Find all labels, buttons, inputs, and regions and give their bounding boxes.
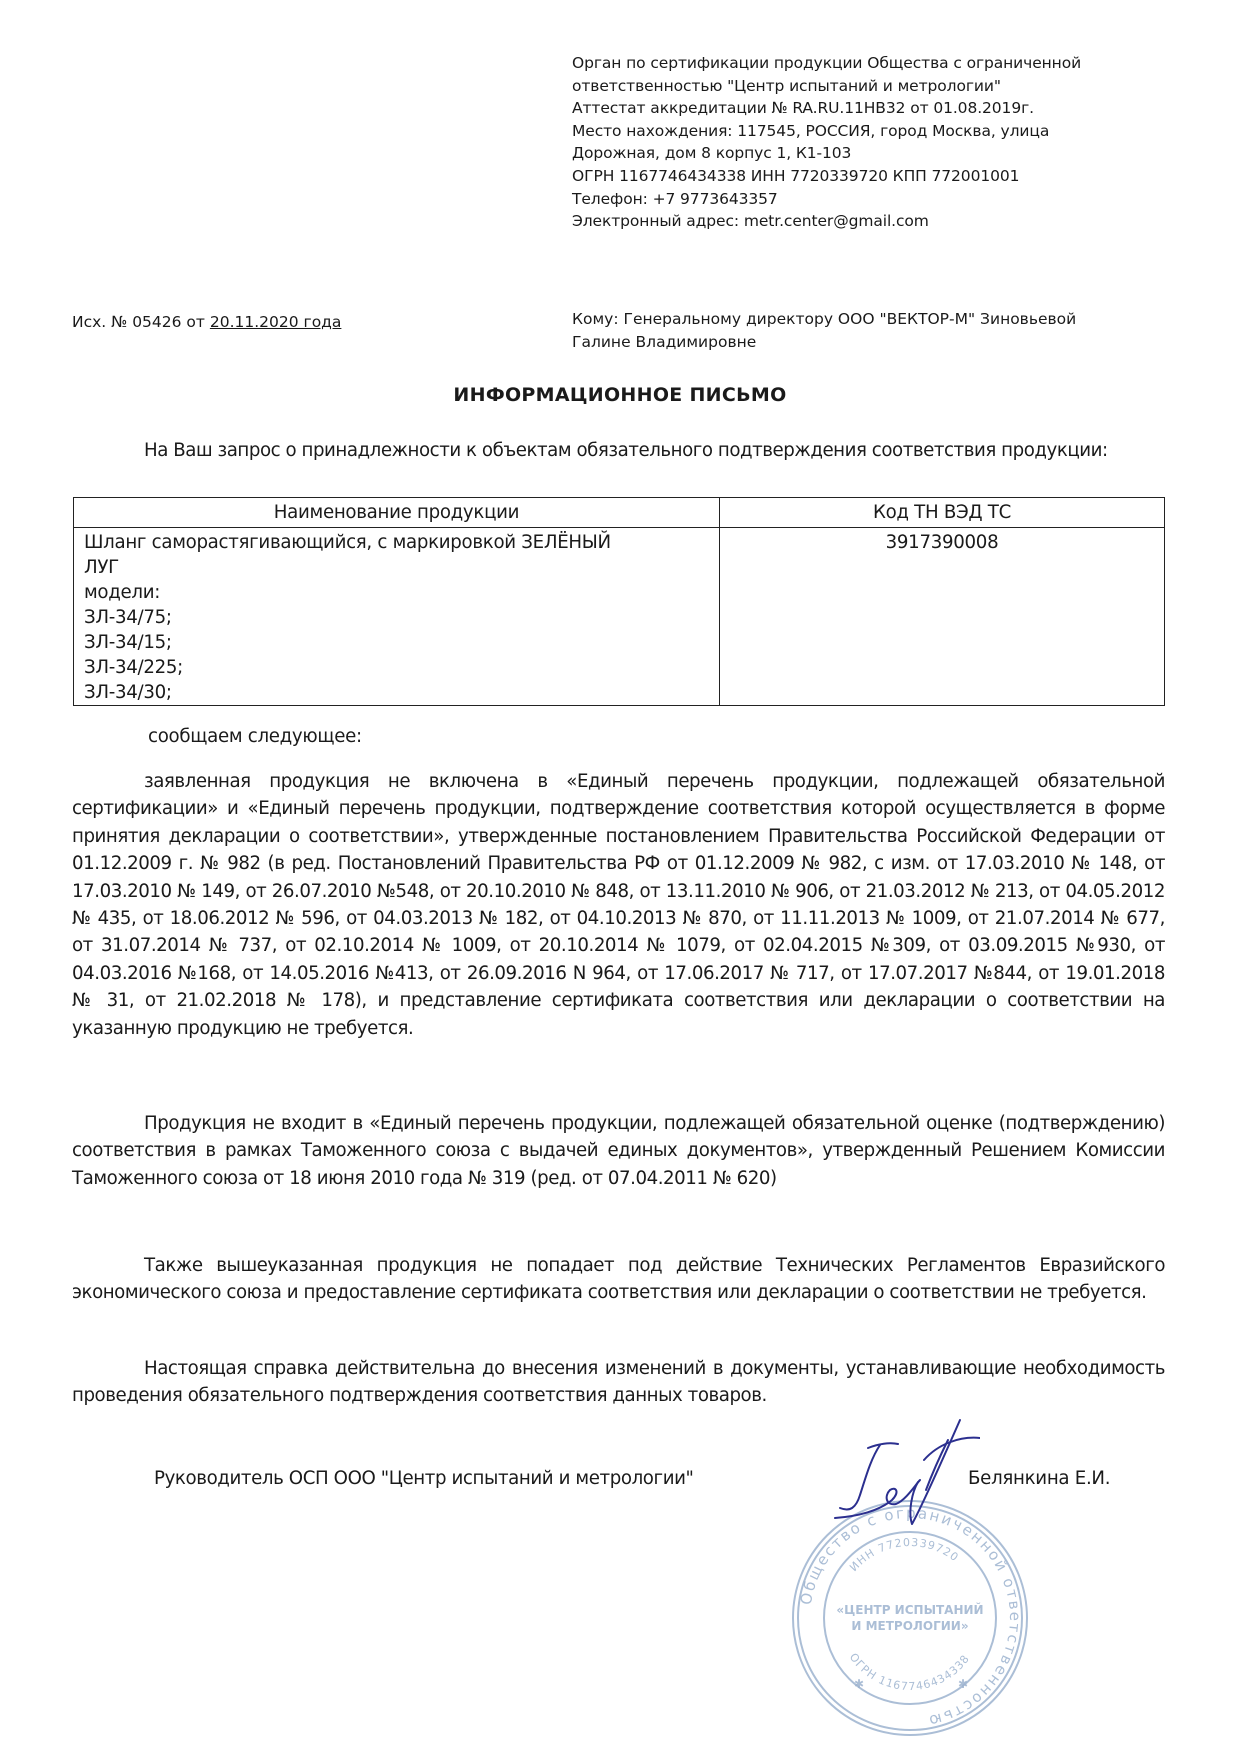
header-line: Место нахождения: 117545, РОССИЯ, город … — [572, 120, 1081, 143]
product-name-cell: Шланг саморастягивающийся, с маркировкой… — [74, 528, 720, 706]
document-title: ИНФОРМАЦИОННОЕ ПИСЬМО — [0, 384, 1240, 406]
svg-text:ИНН 7720339720: ИНН 7720339720 — [847, 1536, 961, 1574]
svg-text:ОГРН 1167746434338: ОГРН 1167746434338 — [847, 1651, 973, 1693]
table-header-row: Наименование продукции Код ТН ВЭД ТС — [74, 498, 1165, 528]
product-model: ЗЛ-34/15; — [84, 630, 719, 655]
header-line: Электронный адрес: metr.center@gmail.com — [572, 210, 1081, 233]
product-name-line: Шланг саморастягивающийся, с маркировкой… — [84, 530, 719, 555]
hs-code-cell: 3917390008 — [720, 528, 1165, 706]
paragraph-validity: Настоящая справка действительна до внесе… — [72, 1355, 1165, 1410]
product-name-line: ЛУГ — [84, 555, 719, 580]
header-line: Телефон: +7 9773643357 — [572, 188, 1081, 211]
header-line: ОГРН 1167746434338 ИНН 7720339720 КПП 77… — [572, 165, 1081, 188]
signatory-role: Руководитель ОСП ООО "Центр испытаний и … — [154, 1468, 694, 1489]
paragraph-technical-regulations: Также вышеуказанная продукция не попадае… — [72, 1252, 1165, 1307]
outgoing-reference: Исх. № 05426 от 20.11.2020 года — [72, 311, 341, 333]
header-line: Дорожная, дом 8 корпус 1, К1-103 — [572, 142, 1081, 165]
signatory-name: Белянкина Е.И. — [968, 1468, 1110, 1489]
header-line: Аттестат аккредитации № RA.RU.11НВ32 от … — [572, 97, 1081, 120]
svg-text:«ЦЕНТР ИСПЫТАНИЙ: «ЦЕНТР ИСПЫТАНИЙ — [836, 1602, 983, 1617]
addressee-line: Галине Владимировне — [572, 331, 1076, 354]
addressee-line: Кому: Генеральному директору ООО "ВЕКТОР… — [572, 308, 1076, 331]
header-line: Орган по сертификации продукции Общества… — [572, 52, 1081, 75]
product-table: Наименование продукции Код ТН ВЭД ТС Шла… — [73, 497, 1165, 706]
handwritten-signature-icon — [820, 1400, 980, 1540]
intro-paragraph: На Ваш запрос о принадлежности к объекта… — [72, 437, 1165, 464]
sender-header: Орган по сертификации продукции Общества… — [572, 52, 1081, 233]
addressee: Кому: Генеральному директору ООО "ВЕКТОР… — [572, 308, 1076, 354]
column-header-product-name: Наименование продукции — [74, 498, 720, 528]
table-row: Шланг саморастягивающийся, с маркировкой… — [74, 528, 1165, 706]
outgoing-prefix: Исх. № 05426 от — [72, 313, 210, 331]
svg-text:✱: ✱ — [854, 1677, 864, 1691]
paragraph-customs-union: Продукция не входит в «Единый перечень п… — [72, 1110, 1165, 1192]
outgoing-date: 20.11.2020 года — [210, 313, 342, 331]
svg-text:И МЕТРОЛОГИИ»: И МЕТРОЛОГИИ» — [851, 1619, 968, 1633]
product-model: ЗЛ-34/30; — [84, 680, 719, 705]
column-header-hs-code: Код ТН ВЭД ТС — [720, 498, 1165, 528]
svg-text:✱: ✱ — [958, 1677, 968, 1691]
product-models-label: модели: — [84, 580, 719, 605]
paragraph-lists-exclusion: заявленная продукция не включена в «Един… — [72, 768, 1165, 1042]
header-line: ответственностью "Центр испытаний и метр… — [572, 75, 1081, 98]
after-table-text: сообщаем следующее: — [148, 726, 362, 747]
product-model: ЗЛ-34/225; — [84, 655, 719, 680]
product-model: ЗЛ-34/75; — [84, 605, 719, 630]
